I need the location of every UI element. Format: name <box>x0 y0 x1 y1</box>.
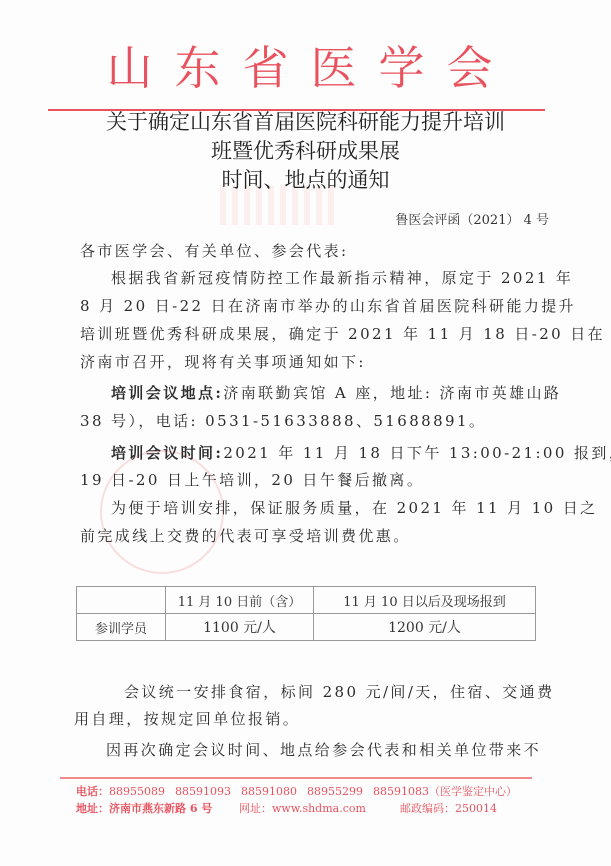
fee-early-price: 1100 元/人 <box>166 614 314 641</box>
apology-line: 因再次确定会议时间、地点给参会代表和相关单位带来不 <box>80 740 561 760</box>
postcode: 250014 <box>455 802 497 815</box>
location-label: 培训会议地点: <box>111 384 223 402</box>
fee-header-late: 11 月 10 日以后及现场报到 <box>314 587 536 614</box>
lodging-line-2: 用自理，按规定回单位报销。 <box>74 709 529 729</box>
phone-5: 88591083（医学鉴定中心） <box>373 783 517 799</box>
salutation: 各市医学会、有关单位、参会代表: <box>80 241 535 261</box>
postcode-label: 邮政编码： <box>400 800 455 816</box>
fee-late-price: 1200 元/人 <box>314 614 536 641</box>
address-label: 地址： <box>76 800 109 816</box>
time-label: 培训会议时间: <box>111 444 223 462</box>
phone-3: 88591080 <box>241 785 307 798</box>
fee-table: 11 月 10 日前（含） 11 月 10 日以后及现场报到 参训学员 1100… <box>76 586 536 641</box>
time-line-1: 培训会议时间:2021 年 11 月 18 日下午 13:00-21:00 报到… <box>80 443 566 463</box>
time-line-2: 19 日-20 日上午培训，20 日午餐后撤离。 <box>80 470 535 490</box>
fee-header-empty <box>77 587 166 614</box>
footer-rule <box>60 777 532 779</box>
phone-4: 88955299 <box>307 785 373 798</box>
document-number: 鲁医会评函（2021） 4 号 <box>395 209 549 228</box>
address-text: 济南市燕东新路 6 号 <box>109 800 239 816</box>
fee-table-header-row: 11 月 10 日前（含） 11 月 10 日以后及现场报到 <box>77 587 536 614</box>
phone-1: 88955089 <box>109 785 175 798</box>
document-page: 山东省医学会 关于确定山东省首届医院科研能力提升培训 班暨优秀科研成果展 时间、… <box>0 0 611 866</box>
para-intro-line-2: 8 月 20 日-22 日在济南市举办的山东省首届医院科研能力提升 <box>80 296 535 316</box>
letterhead-org-name: 山东省医学会 <box>0 38 611 98</box>
location-line-2: 38 号），电话: 0531-51633888、51688891。 <box>80 411 535 431</box>
footer-phones: 电话：8895508988591093885910808895529988591… <box>76 783 517 799</box>
phone-label: 电话： <box>76 783 109 799</box>
phone-2: 88591093 <box>175 785 241 798</box>
discount-line-2: 前完成线上交费的代表可享受培训费优惠。 <box>80 526 535 546</box>
table-row: 参训学员 1100 元/人 1200 元/人 <box>77 614 536 641</box>
lodging-line-1: 会议统一安排食宿，标间 280 元/间/天，住宿、交通费 <box>80 682 579 702</box>
website-link[interactable]: www.shdma.com <box>272 802 400 815</box>
doc-title-line-2: 班暨优秀科研成果展 <box>0 137 611 165</box>
para-intro-line-3: 培训班暨优秀科研成果展，确定于 2021 年 11 月 18 日-20 日在 <box>80 324 535 344</box>
fee-row-label: 参训学员 <box>77 614 166 641</box>
discount-line-1: 为便于培训安排，保证服务质量，在 2021 年 11 月 10 日之 <box>80 498 566 518</box>
website-label: 网址： <box>239 800 272 816</box>
para-intro-line-4: 济南市召开，现将有关事项通知如下: <box>80 352 535 372</box>
location-text: 济南联勤宾馆 A 座，地址: 济南市英雄山路 <box>223 384 561 402</box>
doc-title-line-1: 关于确定山东省首届医院科研能力提升培训 <box>0 108 611 136</box>
time-text: 2021 年 11 月 18 日下午 13:00-21:00 报到， <box>223 444 611 462</box>
para-intro-line-1: 根据我省新冠疫情防控工作最新指示精神，原定于 2021 年 <box>80 268 566 288</box>
location-line-1: 培训会议地点:济南联勤宾馆 A 座，地址: 济南市英雄山路 <box>80 383 566 403</box>
fee-header-early: 11 月 10 日前（含） <box>166 587 314 614</box>
doc-title-line-3: 时间、地点的通知 <box>0 166 611 194</box>
footer-address-row: 地址：济南市燕东新路 6 号网址：www.shdma.com邮政编码：25001… <box>76 800 497 816</box>
